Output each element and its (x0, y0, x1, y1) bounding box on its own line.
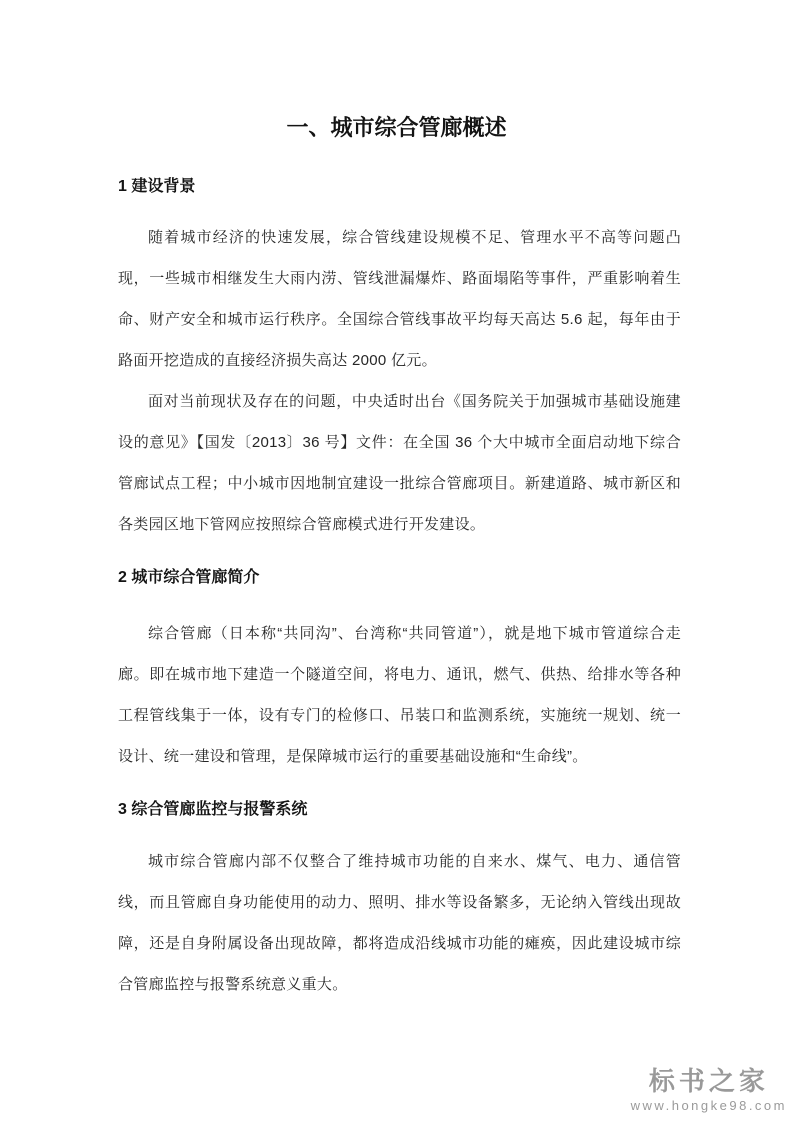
section-heading-construction-background: 1 建设背景 (118, 176, 681, 198)
watermark: 标书之家 www.hongke98.com (631, 1066, 787, 1114)
paragraph-monitoring: 城市综合管廊内部不仅整合了维持城市功能的自来水、煤气、电力、通信管线，而且管廊自… (118, 841, 681, 1005)
document-page: 一、城市综合管廊概述 1 建设背景 随着城市经济的快速发展，综合管线建设规模不足… (0, 0, 793, 1122)
paragraph-introduction: 综合管廊（日本称“共同沟”、台湾称“共同管道”），就是地下城市管道综合走廊。即在… (118, 613, 681, 777)
watermark-brand-text: 标书之家 (631, 1066, 787, 1096)
section-heading-monitoring-alarm-system: 3 综合管廊监控与报警系统 (118, 799, 681, 821)
document-title: 一、城市综合管廊概述 (0, 112, 793, 144)
watermark-url-text: www.hongke98.com (631, 1098, 787, 1114)
section-heading-tunnel-introduction: 2 城市综合管廊简介 (118, 567, 681, 589)
paragraph-background-1: 随着城市经济的快速发展，综合管线建设规模不足、管理水平不高等问题凸现，一些城市相… (118, 217, 681, 381)
paragraph-background-2: 面对当前现状及存在的问题，中央适时出台《国务院关于加强城市基础设施建设的意见》【… (118, 381, 681, 545)
